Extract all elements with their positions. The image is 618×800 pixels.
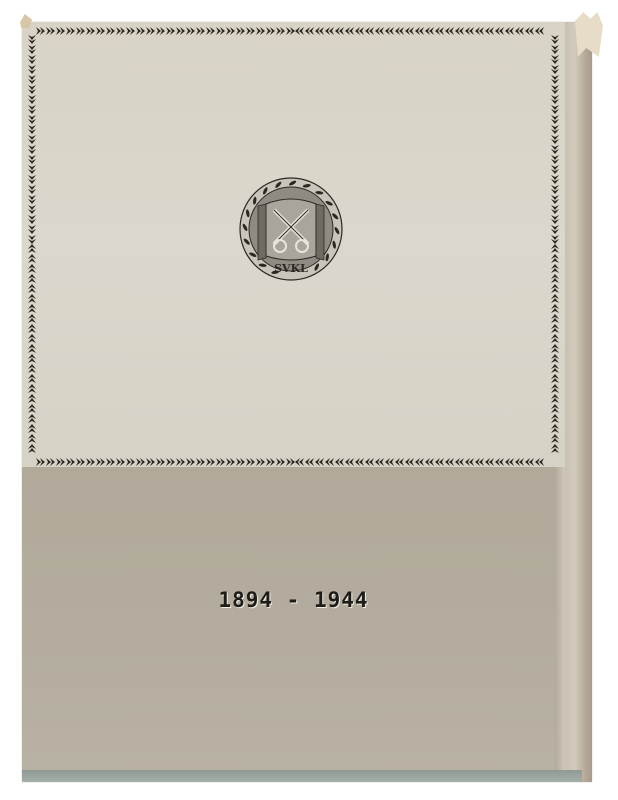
book-dust-jacket: SVKL 1894 - 1944 bbox=[22, 22, 592, 782]
bottom-board-edge bbox=[22, 770, 582, 782]
front-cover: SVKL 1894 - 1944 bbox=[22, 22, 565, 782]
emblem-monogram: SVKL bbox=[274, 262, 308, 275]
guild-emblem-icon: SVKL bbox=[238, 176, 344, 282]
spine-flap bbox=[565, 22, 592, 782]
spine-fold bbox=[555, 467, 565, 772]
anniversary-dates: 1894 - 1944 bbox=[22, 588, 565, 612]
lower-panel bbox=[22, 467, 565, 772]
